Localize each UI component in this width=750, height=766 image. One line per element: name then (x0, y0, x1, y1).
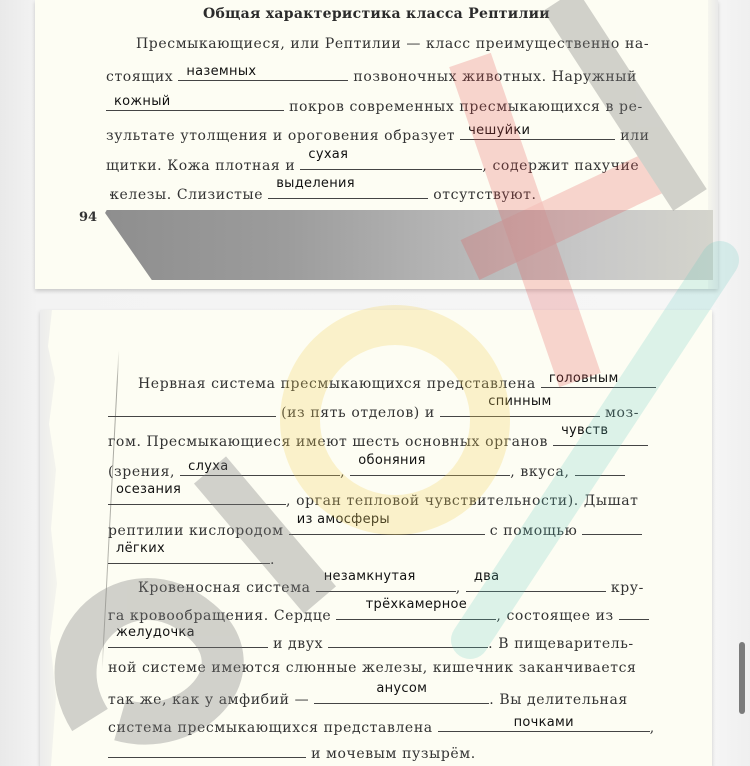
answer-text: трёхкамерное (336, 597, 496, 612)
answer-text: обоняния (350, 453, 510, 468)
text-line: так же, как у амфибий — анусом. Вы делит… (108, 688, 628, 708)
text-line: зультате утолщения и ороговения образует… (106, 124, 650, 144)
answer-blank[interactable]: выделения (268, 183, 428, 199)
page-number: 94 (79, 210, 97, 225)
answer-text: наземных (178, 64, 348, 79)
answer-text: желудочка (108, 625, 268, 640)
answer-text: выделения (268, 176, 428, 191)
page-footer-band (103, 210, 713, 280)
text-line: и мочевым пузырём. (108, 742, 476, 762)
answer-text: чувств (553, 423, 648, 438)
page-corner (35, 180, 110, 289)
text-line: кожный покров современных пресмыкающихся… (106, 95, 643, 115)
text-line: щитки. Кожа плотная и сухая, содержит па… (106, 154, 639, 174)
answer-blank[interactable] (328, 632, 488, 648)
text-line: ной системе имеются слюнные железы, кише… (108, 660, 636, 676)
torn-edge (40, 310, 60, 766)
answer-text: осезания (108, 482, 286, 497)
text-line: лёгких. (108, 548, 275, 568)
answer-blank[interactable]: из амосферы (289, 519, 485, 535)
answer-blank[interactable]: наземных (178, 65, 348, 81)
answer-blank[interactable]: почками (438, 716, 650, 732)
answer-text: незамкнутая (316, 569, 456, 584)
text-line: желудочка и двух . В пищеваритель- (108, 632, 634, 652)
answer-blank[interactable]: трёхкамерное (336, 604, 496, 620)
answer-blank[interactable]: осезания (108, 489, 286, 505)
answer-blank[interactable]: чувств (553, 430, 648, 446)
text-line: стоящих наземных позвоночных животных. Н… (106, 65, 637, 85)
text-line: Кровеносная система незамкнутая, два кру… (138, 576, 644, 596)
answer-text: сухая (300, 147, 482, 162)
text-line: система пресмыкающихся представлена почк… (108, 716, 655, 736)
answer-text: почками (438, 715, 650, 730)
answer-text: чешуйки (460, 123, 615, 138)
answer-blank[interactable]: обоняния (350, 460, 510, 476)
answer-blank[interactable]: кожный (106, 95, 284, 111)
textbook-page-bottom: Нервная система пресмыкающихся представл… (40, 310, 712, 766)
answer-blank[interactable]: головным (541, 372, 656, 388)
answer-text: спинным (440, 394, 600, 409)
answer-blank[interactable]: желудочка (108, 632, 268, 648)
answer-text: кожный (106, 94, 284, 109)
answer-text: анусом (314, 681, 489, 696)
answer-blank[interactable]: слуха (180, 460, 340, 476)
document-viewer: Общая характеристика класса Рептилии Пре… (0, 0, 750, 766)
text-line: (из пять отделов) и спинным моз- (108, 401, 639, 421)
answer-blank[interactable] (108, 742, 306, 758)
answer-text: головным (541, 371, 656, 386)
answer-blank[interactable] (619, 604, 649, 620)
answer-blank[interactable] (575, 460, 625, 476)
text-line: осезания, орган тепловой чувствительност… (108, 489, 639, 509)
answer-text: лёгких (108, 541, 270, 556)
answer-blank[interactable] (582, 519, 642, 535)
answer-blank[interactable]: сухая (300, 154, 482, 170)
text-line: (зрения, слуха, обоняния, вкуса, (108, 460, 625, 480)
text-line: Пресмыкающиеся, или Рептилии — класс пре… (136, 36, 649, 52)
answer-blank[interactable]: два (466, 576, 606, 592)
answer-blank[interactable]: спинным (440, 401, 600, 417)
textbook-page-top: Общая характеристика класса Рептилии Пре… (35, 0, 718, 289)
answer-blank[interactable]: чешуйки (460, 124, 615, 140)
answer-text: слуха (180, 459, 340, 474)
scrollbar-thumb[interactable] (739, 642, 745, 714)
text-line: га кровообращения. Сердце трёхкамерное, … (108, 604, 649, 624)
section-title: Общая характеристика класса Рептилии (35, 6, 718, 22)
text-line: железы. Слизистые выделения отсутствуют. (106, 183, 537, 203)
answer-text: из амосферы (289, 512, 485, 527)
text-line: Нервная система пресмыкающихся представл… (138, 372, 656, 392)
answer-blank[interactable]: незамкнутая (316, 576, 456, 592)
text-line: гом. Пресмыкающиеся имеют шесть основных… (108, 430, 648, 450)
answer-blank[interactable] (108, 401, 276, 417)
text-line: рептилии кислородом из амосферы с помощь… (108, 519, 642, 539)
answer-blank[interactable]: лёгких (108, 548, 270, 564)
answer-blank[interactable]: анусом (314, 688, 489, 704)
answer-text: два (466, 569, 606, 584)
